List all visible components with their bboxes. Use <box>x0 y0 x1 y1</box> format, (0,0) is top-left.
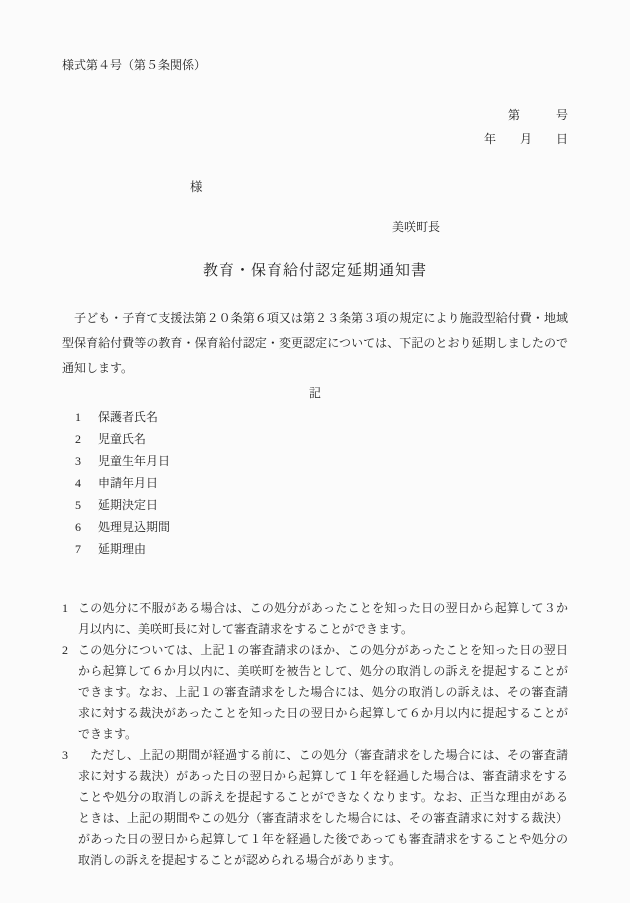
note-text: この処分については、上記１の審査請求のほか、この処分があったことを知った日の翌日… <box>78 640 568 745</box>
document-title: 教育・保育給付認定延期通知書 <box>62 260 568 282</box>
list-item-label: 児童生年月日 <box>98 450 170 472</box>
form-number: 様式第４号（第５条関係） <box>62 56 568 74</box>
note-item: 3 ただし、上記の期間が経過する前に、この処分（審査請求をした場合には、その審査… <box>62 745 568 871</box>
date-line: 年 月 日 <box>62 130 568 148</box>
list-item-number: 3 <box>75 450 98 472</box>
list-item-number: 5 <box>75 494 98 516</box>
document-page: 様式第４号（第５条関係） 第 号 年 月 日 様 美咲町長 教育・保育給付認定延… <box>0 0 630 903</box>
note-text: ただし、上記の期間が経過する前に、この処分（審査請求をした場合には、その審査請求… <box>78 745 568 871</box>
sender-line: 美咲町長 <box>62 218 568 236</box>
appeal-notes: 1 この処分に不服がある場合は、この処分があったことを知った日の翌日から起算して… <box>62 598 568 871</box>
list-item-number: 4 <box>75 472 98 494</box>
list-item: 7 延期理由 <box>75 538 568 560</box>
note-text: この処分に不服がある場合は、この処分があったことを知った日の翌日から起算して３か… <box>78 598 568 640</box>
list-item: 1 保護者氏名 <box>75 406 568 428</box>
list-item-number: 7 <box>75 538 98 560</box>
note-item: 1 この処分に不服がある場合は、この処分があったことを知った日の翌日から起算して… <box>62 598 568 640</box>
note-number: 3 <box>62 745 78 871</box>
note-number: 2 <box>62 640 78 745</box>
list-item-label: 申請年月日 <box>98 472 158 494</box>
list-item-label: 処理見込期間 <box>98 516 170 538</box>
list-item: 4 申請年月日 <box>75 472 568 494</box>
list-item-number: 6 <box>75 516 98 538</box>
list-item-number: 1 <box>75 406 98 428</box>
list-item-number: 2 <box>75 428 98 450</box>
list-item-label: 児童氏名 <box>98 428 146 450</box>
list-item: 5 延期決定日 <box>75 494 568 516</box>
item-list: 1 保護者氏名 2 児童氏名 3 児童生年月日 4 申請年月日 5 延期決定日 … <box>62 406 568 560</box>
body-paragraph: 子ども・子育て支援法第２０条第６項又は第２３条第３項の規定により施設型給付費・地… <box>62 306 568 381</box>
list-item-label: 延期決定日 <box>98 494 158 516</box>
addressee-honorific: 様 <box>62 178 568 196</box>
note-item: 2 この処分については、上記１の審査請求のほか、この処分があったことを知った日の… <box>62 640 568 745</box>
list-item: 2 児童氏名 <box>75 428 568 450</box>
list-item-label: 保護者氏名 <box>98 406 158 428</box>
document-number-line: 第 号 <box>62 106 568 124</box>
ki-label: 記 <box>62 384 568 402</box>
list-item-label: 延期理由 <box>98 538 146 560</box>
list-item: 3 児童生年月日 <box>75 450 568 472</box>
list-item: 6 処理見込期間 <box>75 516 568 538</box>
note-number: 1 <box>62 598 78 640</box>
